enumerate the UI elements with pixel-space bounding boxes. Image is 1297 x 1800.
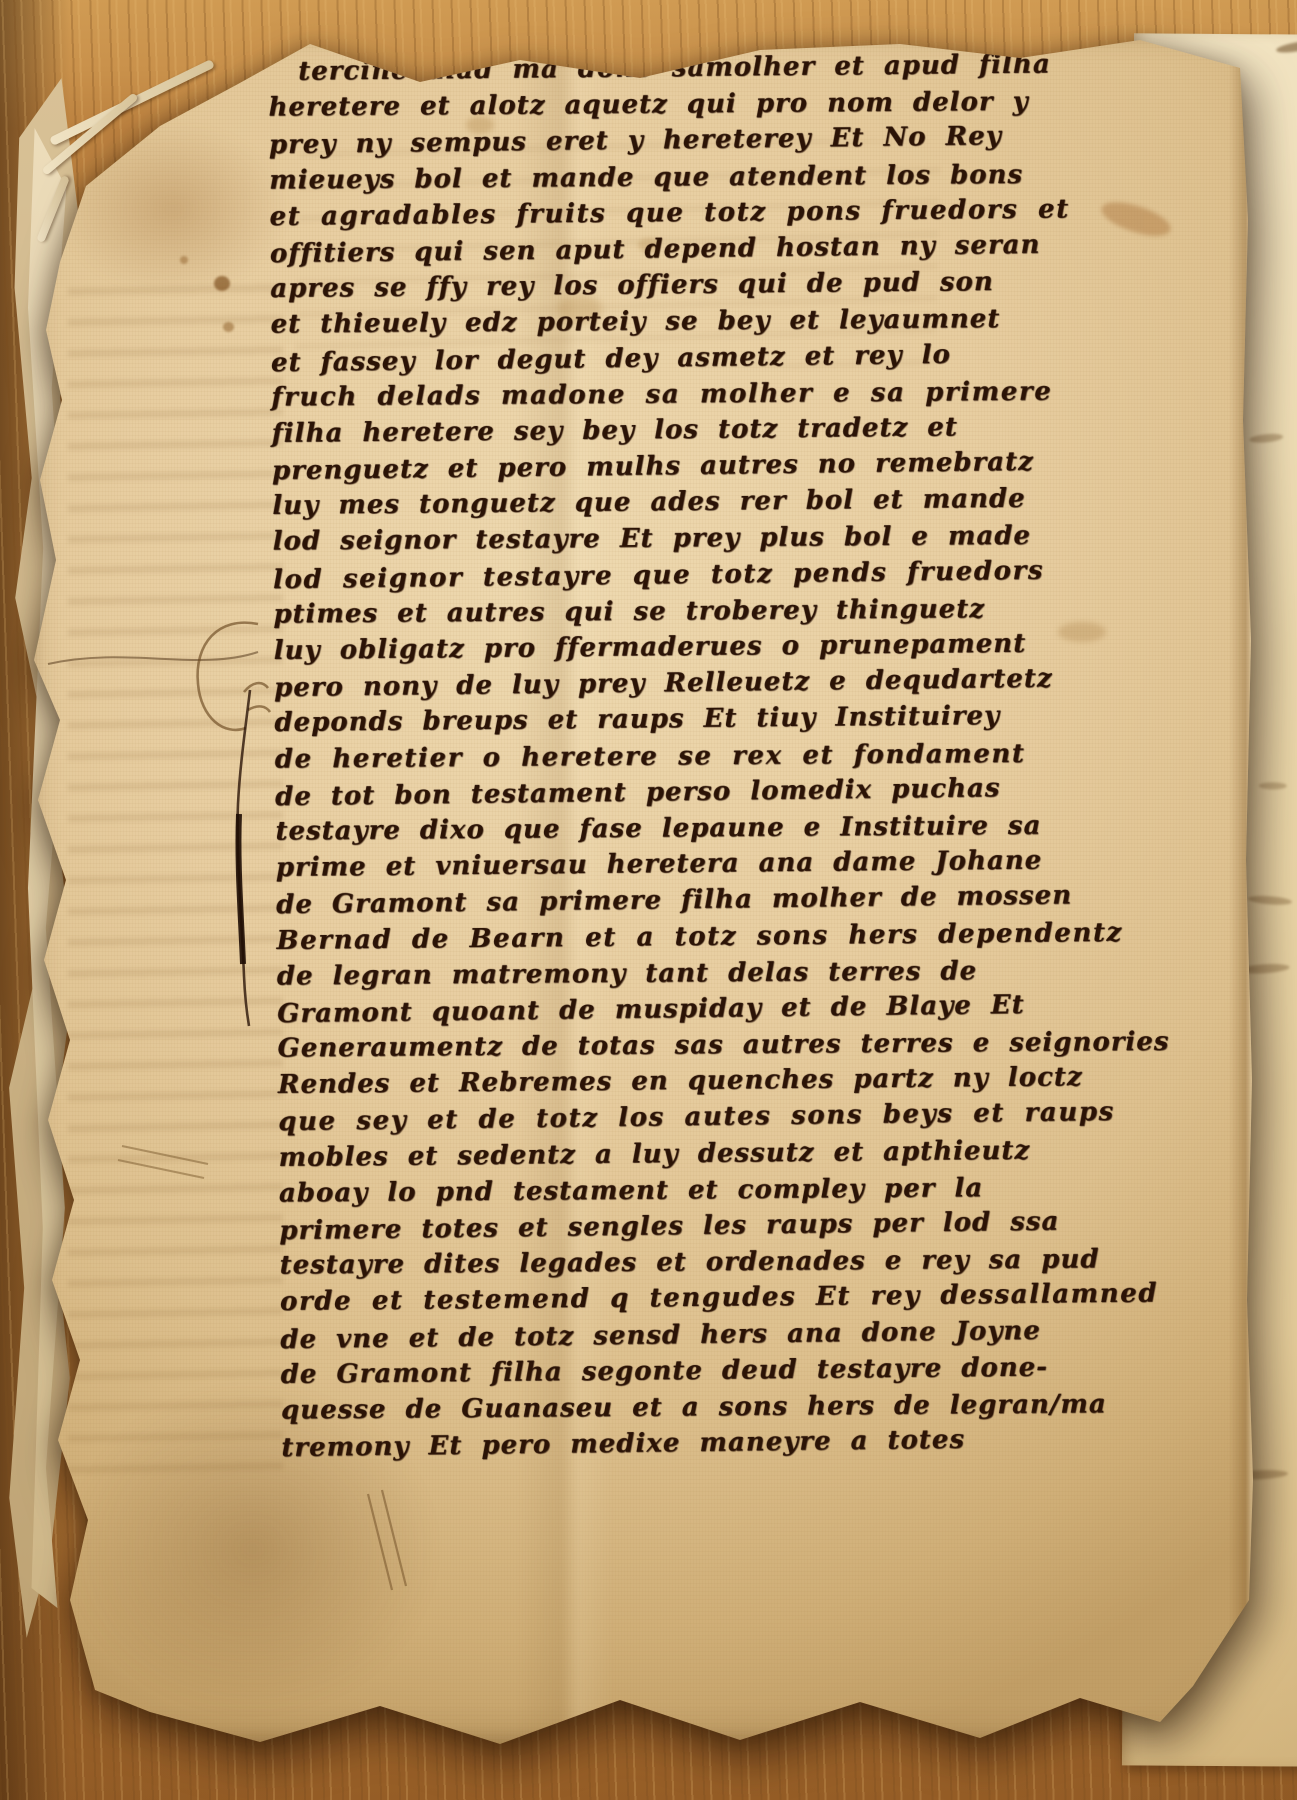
manuscript-photo: tercine alad ma done samolher et apud fi… (0, 0, 1297, 1800)
hatch-slash-mark (368, 1490, 406, 1590)
manuscript-text-line: ptimes et autres qui se troberey thingue… (273, 590, 1159, 633)
manuscript-text-line: Generaumentz de totas sas autres terres … (277, 1024, 1163, 1067)
manuscript-text-line: fruch delads madone sa molher e sa prime… (271, 373, 1157, 416)
tear-crease-line (48, 652, 258, 664)
main-page-shadow-wrap: tercine alad ma done samolher et apud fi… (0, 0, 1297, 1800)
manuscript-text-line: testayre dites legades et ordenades e re… (279, 1241, 1165, 1284)
main-manuscript-page: tercine alad ma done samolher et apud fi… (18, 24, 1264, 1752)
manuscript-text-block: tercine alad ma done samolher et apud fi… (268, 45, 1168, 1465)
flourish-sketch-mark (198, 623, 270, 730)
manuscript-text-line: testayre dixo que fase lepaune e Institu… (275, 807, 1161, 850)
double-dash-mark (118, 1146, 208, 1178)
manuscript-text-line: mieueys bol et mande que atendent los bo… (269, 155, 1155, 198)
ink-stroke-mark (238, 814, 243, 964)
